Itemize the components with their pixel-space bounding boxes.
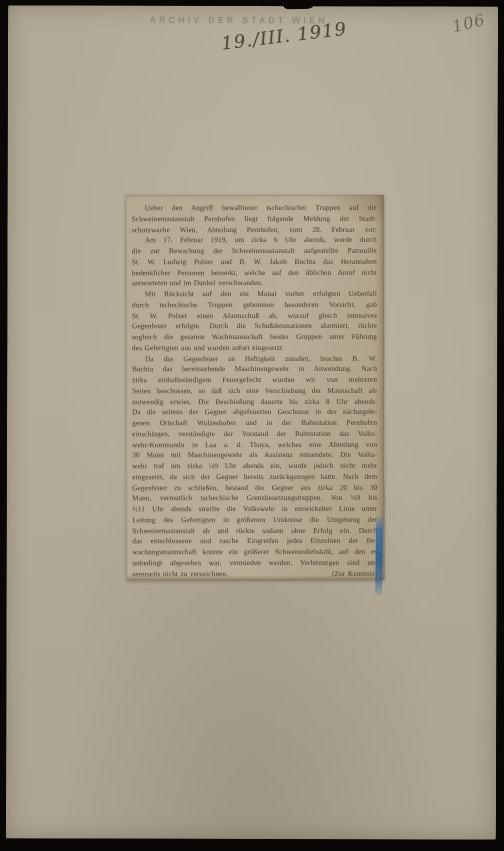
clipping-line: 30 Mann mit Maschinengewehr als Assisten… bbox=[132, 450, 377, 461]
clipping-line: notwendig erwies. Die Beschießung dauert… bbox=[132, 396, 377, 407]
clipping-line: das entschlossene und rasche Eingreifen … bbox=[132, 536, 377, 547]
clipping-line-text: sererseits nicht zu verzeichnen. bbox=[132, 569, 228, 580]
blue-ink-mark bbox=[375, 515, 383, 595]
clipping-line: wehr-Kommando in Laa a. d. Thaya, welche… bbox=[132, 439, 377, 450]
clipping-line: zirka einhalbstündigem Feuergefecht wurd… bbox=[132, 375, 377, 386]
clipping-line: sogleich die gesamte Wachmannschaft beid… bbox=[132, 332, 377, 343]
clipping-line: Mann, vermutlich tschechische Grenzbeset… bbox=[132, 493, 377, 504]
clipping-line: Leitung des Gefertigten in größerem Umkr… bbox=[132, 515, 377, 526]
clipping-line: die zur Bewachung der Schweinemastanstal… bbox=[132, 246, 377, 257]
clipping-line: wehr traf um zirka ¼9 Uhr abends ein, wu… bbox=[132, 461, 377, 472]
clipping-line: Am 17. Februar 1919, um zirka 6 Uhr aben… bbox=[132, 235, 377, 246]
clipping-line: Seiten beschossen, so daß sich eine Vers… bbox=[132, 386, 377, 397]
folio-number: 106 bbox=[450, 10, 487, 36]
clipping-line: sererseits nicht zu verzeichnen.(Zur Ken… bbox=[132, 568, 377, 579]
clipping-line: Da die seitens der Gegner abgefeuerten G… bbox=[132, 407, 377, 418]
clipping-line: unbedingt abgesehen war, vermieden werde… bbox=[132, 558, 377, 569]
clipping-line: Da das Gegenfeuer an Heftigkeit zunahm, … bbox=[132, 353, 377, 364]
clipping-line: antworteten und im Dunkel verschwanden. bbox=[132, 278, 377, 289]
clipping-line: Gegenfeuer zu schließen, bestand der Geg… bbox=[132, 482, 377, 493]
scanned-document: Archiv der Stadt Wien 19./III. 1919 106 … bbox=[0, 0, 504, 851]
clipping-note: (Zur Kenntnis) bbox=[332, 568, 377, 579]
clipping-line: ½11 Uhr abends streifte die Volkswehr in… bbox=[132, 504, 377, 515]
clipping-line: des Gefertigten aus und wurden sofort ei… bbox=[132, 343, 377, 354]
clipping-line: Buchta das bereitstehende Maschinengeweh… bbox=[132, 364, 377, 375]
clipping-line: eingesetzt, da sich der Gegner bereits z… bbox=[132, 472, 377, 483]
clipping-text: Ueber den Angriff bewaffneter tschechisc… bbox=[132, 203, 378, 580]
clipping-line: genen Ortschaft Wulzeshofen und in der B… bbox=[132, 418, 377, 429]
news-clipping: Ueber den Angriff bewaffneter tschechisc… bbox=[126, 195, 385, 580]
clipping-line: St. W. Polzer einen Alarmschuß ab, worau… bbox=[132, 310, 377, 321]
clipping-line: Schweinemastanstalt Pernhofen liegt folg… bbox=[132, 214, 377, 225]
clipping-line: Schweinemastanstalt ab und rückte sodann… bbox=[132, 525, 377, 536]
clipping-line: durch tschechische Truppen gebotenen bes… bbox=[132, 300, 377, 311]
clipping-line: Mit Rücksicht auf den ein Monat vorher e… bbox=[132, 289, 377, 300]
paper-edge-notch bbox=[282, 0, 316, 9]
clipping-line: schutzwache Wien, Abteilung Pernhofen, v… bbox=[132, 224, 377, 235]
clipping-line: St. W. Ludwig Polzer und B. W. Jakob Buc… bbox=[132, 257, 377, 268]
clipping-line: bedenklicher Personen bemerkt, welche au… bbox=[132, 267, 377, 278]
clipping-line: Gegenfeuer erfolgte. Durch die Schußdeto… bbox=[132, 321, 377, 332]
clipping-line: einschlugen, verständigte der Vorstand d… bbox=[132, 429, 377, 440]
clipping-line: wachungsmannschaft konnte ein größerer S… bbox=[132, 547, 377, 558]
document-page: Archiv der Stadt Wien 19./III. 1919 106 … bbox=[6, 5, 498, 839]
clipping-line: Ueber den Angriff bewaffneter tschechisc… bbox=[132, 203, 377, 214]
